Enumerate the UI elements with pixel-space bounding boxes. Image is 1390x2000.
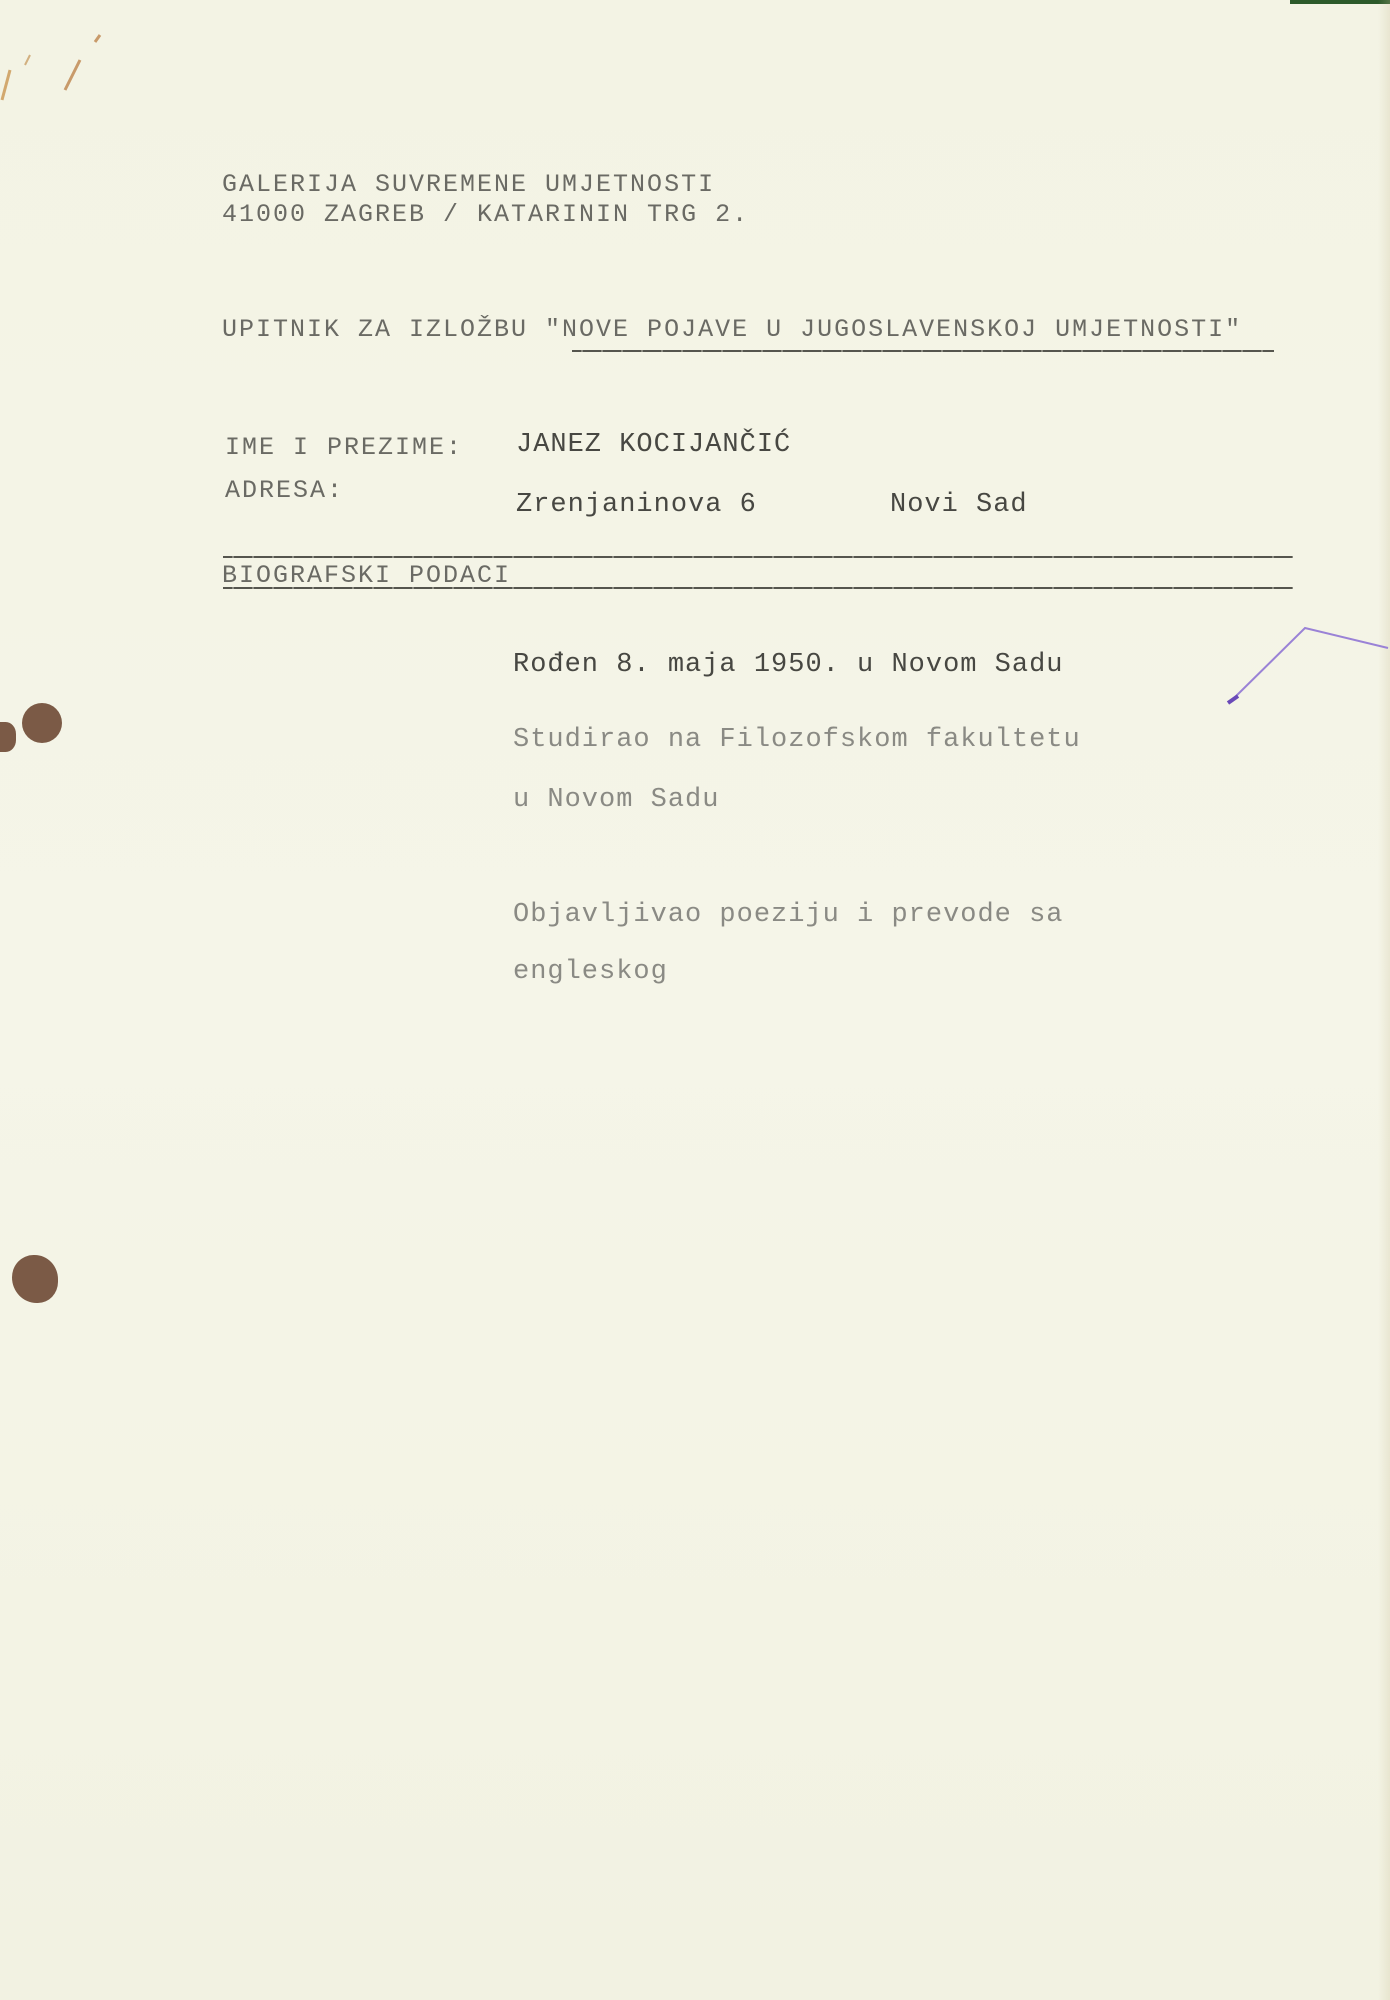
exhibition-title: "NOVE POJAVE U JUGOSLAVENSKOJ UMJETNOSTI… <box>545 315 1242 344</box>
bio-line-publications: Objavljivao poeziju i prevode sa <box>513 900 1063 930</box>
bio-line-study: Studirao na Filozofskom fakultetu <box>513 725 1081 755</box>
exhibition-underline <box>572 350 1274 352</box>
bio-line-study-place: u Novom Sadu <box>513 785 719 815</box>
section-rule-top <box>223 556 1293 558</box>
section-rule-bottom <box>223 587 1293 589</box>
letterhead-address: 41000 ZAGREB / KATARININ TRG 2. <box>222 200 749 229</box>
letterhead-gallery-name: GALERIJA SUVREMENE UMJETNOSTI <box>222 170 715 199</box>
address-city: Novi Sad <box>890 490 1028 520</box>
corner-stain-mark <box>0 0 140 140</box>
form-title-prefix: UPITNIK ZA IZLOŽBU <box>222 315 545 344</box>
address-label: ADRESA: <box>225 476 344 505</box>
document-page <box>0 0 1390 2000</box>
section-title: BIOGRAFSKI PODACI <box>222 561 511 590</box>
name-value: JANEZ KOCIJANČIĆ <box>516 430 791 460</box>
punch-hole-lower <box>12 1255 58 1303</box>
bio-line-birth: Rođen 8. maja 1950. u Novom Sadu <box>513 650 1063 680</box>
punch-hole-upper-tear <box>0 722 16 752</box>
form-title: UPITNIK ZA IZLOŽBU "NOVE POJAVE U JUGOSL… <box>222 315 1242 344</box>
bio-line-publications-cont: engleskog <box>513 957 668 987</box>
pencil-check-mark <box>1180 600 1390 720</box>
address-street: Zrenjaninova 6 <box>516 490 757 520</box>
scan-edge <box>1290 0 1390 4</box>
scan-edge-shadow <box>1378 0 1390 2000</box>
name-label: IME I PREZIME: <box>225 433 463 462</box>
punch-hole-upper <box>22 703 62 743</box>
